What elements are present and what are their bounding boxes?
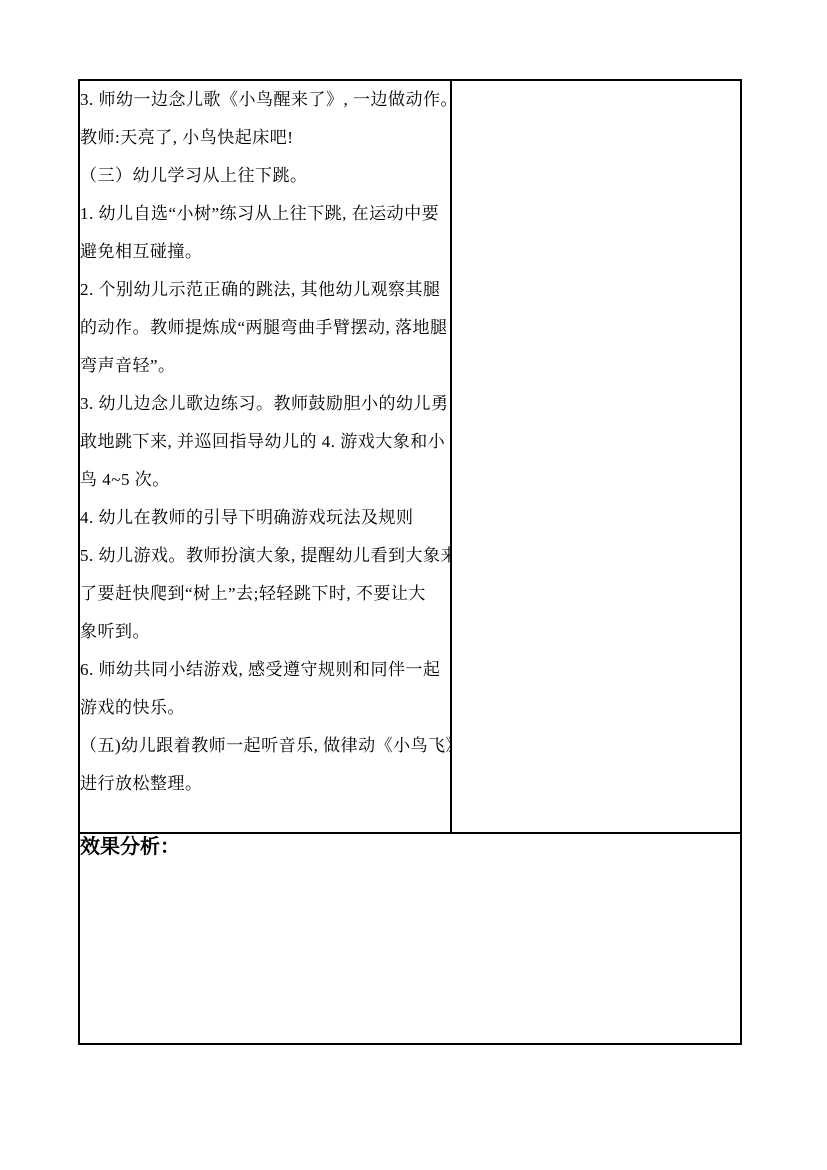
lesson-plan-table: 3. 师幼一边念儿歌《小鸟醒来了》, 一边做动作。教师:天亮了, 小鸟快起床吧!… bbox=[78, 79, 742, 1045]
activity-row: 3. 师幼一边念儿歌《小鸟醒来了》, 一边做动作。教师:天亮了, 小鸟快起床吧!… bbox=[79, 80, 741, 833]
effect-analysis-label: 效果分析： bbox=[80, 834, 740, 860]
text-line: 象听到。 bbox=[80, 613, 450, 651]
text-line: 弯声音轻”。 bbox=[80, 347, 450, 385]
text-line: 教师:天亮了, 小鸟快起床吧! bbox=[80, 119, 450, 157]
empty-notes-cell bbox=[451, 80, 741, 833]
text-line: 2. 个别幼儿示范正确的跳法, 其他幼儿观察其腿 bbox=[80, 271, 450, 309]
text-line: 鸟 4~5 次。 bbox=[80, 461, 450, 499]
text-line: 避免相互碰撞。 bbox=[80, 233, 450, 271]
text-line: 3. 幼儿边念儿歌边练习。教师鼓励胆小的幼儿勇 bbox=[80, 385, 450, 423]
analysis-row: 效果分析： bbox=[79, 833, 741, 1044]
text-line: （五)幼儿跟着教师一起听音乐, 做律动《小鸟飞》 bbox=[80, 727, 450, 765]
effect-analysis-cell: 效果分析： bbox=[79, 833, 741, 1044]
text-line: 进行放松整理。 bbox=[80, 765, 450, 803]
text-line: 游戏的快乐。 bbox=[80, 689, 450, 727]
document-page: 3. 师幼一边念儿歌《小鸟醒来了》, 一边做动作。教师:天亮了, 小鸟快起床吧!… bbox=[0, 0, 827, 1170]
text-line: 6. 师幼共同小结游戏, 感受遵守规则和同伴一起 bbox=[80, 651, 450, 689]
text-line: 1. 幼儿自选“小树”练习从上往下跳, 在运动中要 bbox=[80, 195, 450, 233]
text-line: 了要赶快爬到“树上”去;轻轻跳下时, 不要让大 bbox=[80, 575, 450, 613]
text-line: 的动作。教师提炼成“两腿弯曲手臂摆动, 落地腿 bbox=[80, 309, 450, 347]
text-line: 5. 幼儿游戏。教师扮演大象, 提醒幼儿看到大象来 bbox=[80, 537, 450, 575]
text-line: 4. 幼儿在教师的引导下明确游戏玩法及规则 bbox=[80, 499, 450, 537]
text-line: 3. 师幼一边念儿歌《小鸟醒来了》, 一边做动作。 bbox=[80, 81, 450, 119]
activity-steps-cell: 3. 师幼一边念儿歌《小鸟醒来了》, 一边做动作。教师:天亮了, 小鸟快起床吧!… bbox=[79, 80, 451, 833]
activity-steps-text: 3. 师幼一边念儿歌《小鸟醒来了》, 一边做动作。教师:天亮了, 小鸟快起床吧!… bbox=[80, 81, 450, 803]
text-line: （三）幼儿学习从上往下跳。 bbox=[80, 157, 450, 195]
text-line: 敢地跳下来, 并巡回指导幼儿的 4. 游戏大象和小 bbox=[80, 423, 450, 461]
